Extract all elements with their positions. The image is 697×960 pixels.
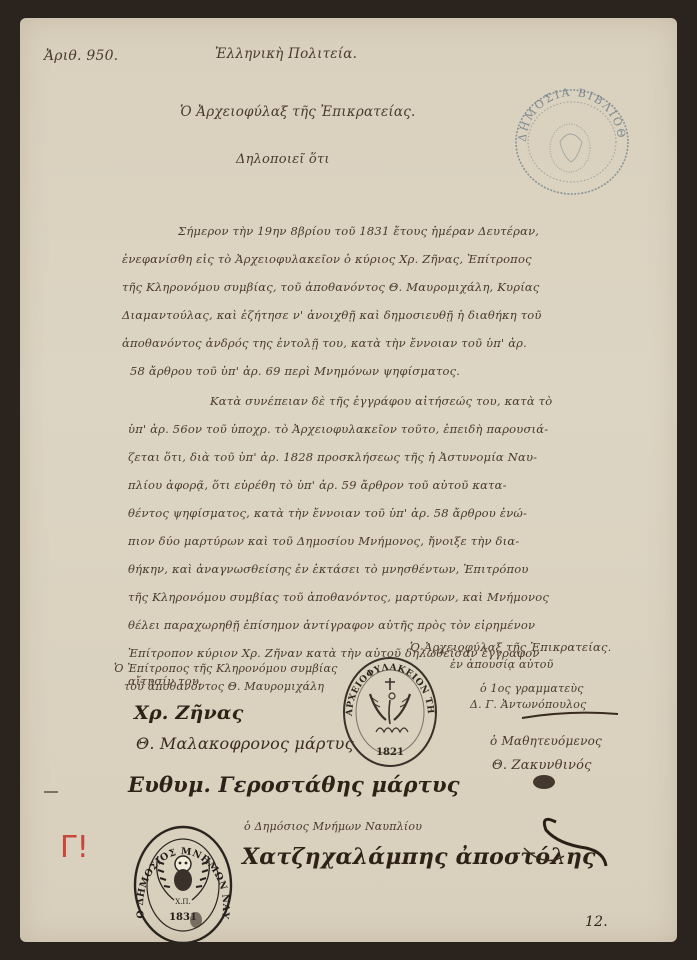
red-margin-mark: Γ! xyxy=(60,830,89,865)
body-line: 58 ἄρθρου τοῦ ὑπ' ἀρ. 69 περὶ Μνημόνων ψ… xyxy=(130,364,460,378)
closing-absence-note: ἐν ἀπουσίᾳ αὐτοῦ xyxy=(450,658,554,671)
ink-blot-icon xyxy=(530,770,560,794)
body-line: Σήμερον τὴν 19ην 8βρίου τοῦ 1831 ἔτους ἡ… xyxy=(178,224,539,238)
executor-title-2: τοῦ ἀποθανόντος Θ. Μαυρομιχάλη xyxy=(124,680,324,693)
body-line: Διαμαντούλας, καὶ ἐζήτησε ν' ἀνοιχθῇ καὶ… xyxy=(122,308,542,322)
library-seal-icon: ΔΗΜΟΣΙΑ ΒΙΒΛΙΟΘΗΚΗ xyxy=(508,82,636,202)
body-line: Κατὰ συνέπειαν δὲ τῆς ἐγγράφου αἰτήσεώς … xyxy=(210,394,552,408)
signature-underline-icon xyxy=(520,708,620,722)
header-issuer: Ὁ Ἀρχειοφύλαξ τῆς Ἐπικρατείας. xyxy=(180,104,415,120)
witness-1-signature: Θ. Μαλακοφρονος μάρτυς xyxy=(136,734,354,753)
closing-deputy-line: ὁ 1ος γραμματεὺς xyxy=(480,682,584,695)
body-line: θέντος ψηφίσματος, κατὰ τὴν ἔννοιαν τοῦ … xyxy=(128,506,527,520)
svg-text:ΔΗΜΟΣΙΑ ΒΙΒΛΙΟΘΗΚΗ: ΔΗΜΟΣΙΑ ΒΙΒΛΙΟΘΗΚΗ xyxy=(508,82,628,142)
closing-issuer-title: Ὁ Ἀρχειοφύλαξ τῆς Ἐπικρατείας. xyxy=(410,640,611,654)
body-line: ζεται ὅτι, διὰ τοῦ ὑπ' ἀρ. 1828 προσκλήσ… xyxy=(128,450,537,464)
body-line: τῆς Κληρονόμου συμβίας τοῦ ἀποθανόντος, … xyxy=(128,590,549,604)
reference-number: Ἀριθ. 950. xyxy=(44,48,118,64)
body-line: θήκην, καὶ ἀναγνωσθείσης ἐν ἐκτάσει τὸ μ… xyxy=(128,562,529,576)
header-declaration: Δηλοποιεῖ ὅτι xyxy=(236,152,330,167)
witness-2-signature: Ευθυμ. Γεροστάθης μάρτυς xyxy=(128,772,460,797)
executor-title-1: Ὁ Ἐπίτροπος τῆς Κληρονόμου συμβίας xyxy=(114,662,337,675)
closing-apprentice-title: ὁ Μαθητευόμενος xyxy=(490,734,602,748)
svg-text:Χ.Π.: Χ.Π. xyxy=(175,898,191,906)
svg-text:ΑΡΧΕΙΟΦΥΛΑΚΕΙΟΝ ΤΗΣ ΕΠΙΚΡΑΤΕΙΑ: ΑΡΧΕΙΟΦΥΛΑΚΕΙΟΝ ΤΗΣ ΕΠΙΚΡΑΤΕΙΑΣ xyxy=(340,652,435,717)
body-line: ἐνεφανίσθη εἰς τὸ Ἀρχειοφυλακεῖον ὁ κύρι… xyxy=(122,252,532,266)
body-line: τῆς Κληρονόμου συμβίας, τοῦ ἀποθανόντος … xyxy=(122,280,540,294)
notary-title: ὁ Δημόσιος Μνήμων Ναυπλίου xyxy=(244,820,422,833)
body-line: πιον δύο μαρτύρων καὶ τοῦ Δημοσίου Μνήμο… xyxy=(128,534,519,548)
margin-dash-icon xyxy=(42,788,62,796)
notary-flourish-icon xyxy=(516,808,626,878)
notary-seal-icon: Ο ΔΗΜΟΣΙΟΣ ΜΝΗΜΩΝ ΝΑΥΠΛΙΑΣ Χ.Π. 1831 xyxy=(130,822,236,948)
archive-seal-icon: ΑΡΧΕΙΟΦΥΛΑΚΕΙΟΝ ΤΗΣ ΕΠΙΚΡΑΤΕΙΑΣ 1821 xyxy=(340,652,440,770)
page-mark: 12. xyxy=(585,914,608,930)
header-state: Ἑλληνικὴ Πολιτεία. xyxy=(215,46,357,62)
body-line: θέλει παραχωρηθῇ ἐπίσημον ἀντίγραφον αὐτ… xyxy=(128,618,535,632)
body-line: ὑπ' ἀρ. 56ον τοῦ ὑποχρ. τὸ Ἀρχειοφυλακεῖ… xyxy=(128,422,548,436)
svg-text:1821: 1821 xyxy=(376,747,404,758)
body-line: ἀποθανόντος ἀνδρός της ἐντολῇ του, κατὰ … xyxy=(122,336,527,350)
document-page: Ἀριθ. 950. Ἑλληνικὴ Πολιτεία. Ὁ Ἀρχειοφύ… xyxy=(20,18,677,942)
executor-signature: Χρ. Ζῆνας xyxy=(134,702,243,724)
body-line: πλίου ἀφορᾷ, ὅτι εὑρέθη τὸ ὑπ' ἀρ. 59 ἄρ… xyxy=(128,478,507,492)
